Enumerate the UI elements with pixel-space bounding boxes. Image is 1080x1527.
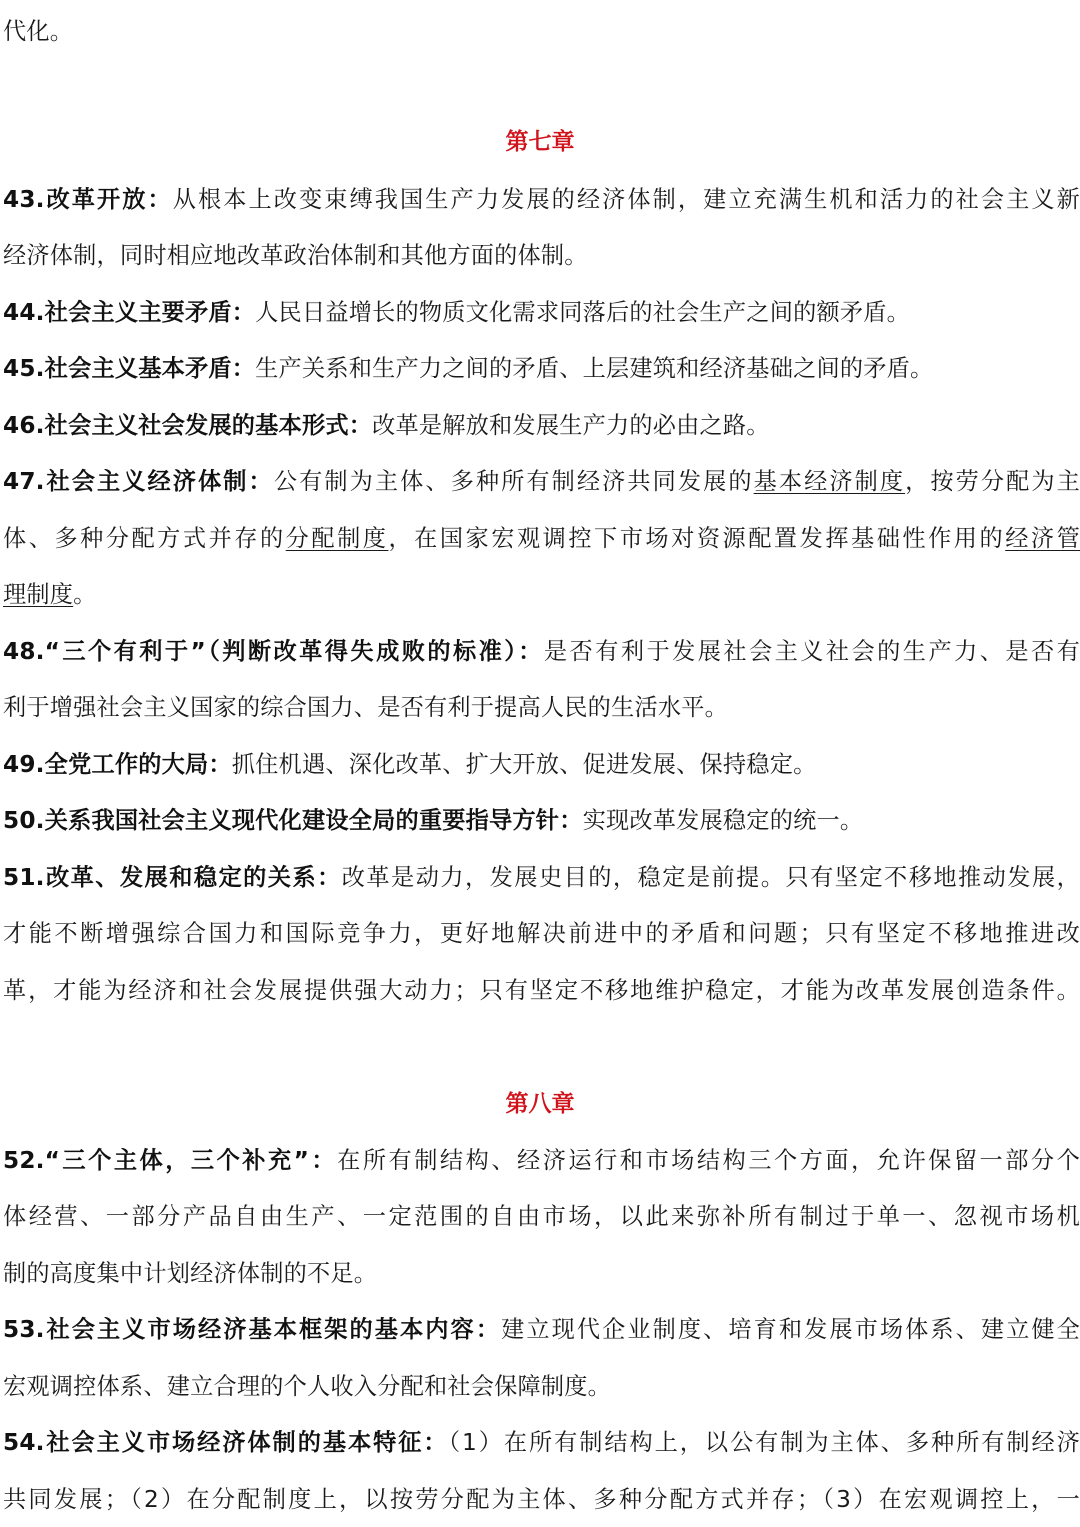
item-text: 革，才能为经济和社会发展提供强大动力；只有坚定不移地维护稳定，才能为改革发展创造… bbox=[3, 977, 1080, 1004]
item-text: 利于增强社会主义国家的综合国力、是否有利于提高人民的生活水平。 bbox=[3, 694, 728, 721]
item-44: 44.社会主义主要矛盾：人民日益增长的物质文化需求同落后的社会生产之间的额矛盾。 bbox=[3, 298, 1080, 328]
item-43: 43.改革开放：从根本上改变束缚我国生产力发展的经济体制，建立充满生机和活力的社… bbox=[3, 185, 1080, 215]
item-text: 公有制为主体、多种所有制经济共同发展的 bbox=[274, 468, 754, 495]
item-text: 经济体制，同时相应地改革政治体制和其他方面的体制。 bbox=[3, 242, 588, 269]
item-text: 生产关系和生产力之间的矛盾、上层建筑和经济基础之间的矛盾。 bbox=[255, 355, 933, 382]
item-term: 51.改革、发展和稳定的关系： bbox=[3, 864, 342, 891]
item-text: 才能不断增强综合国力和国际竞争力，更好地解决前进中的矛盾和问题；只有坚定不移地推… bbox=[3, 920, 1080, 947]
item-48-cont: 利于增强社会主义国家的综合国力、是否有利于提高人民的生活水平。 bbox=[3, 693, 1080, 723]
item-text: ，在国家宏观调控下市场对资源配置发挥基础性作用的 bbox=[388, 525, 1005, 552]
item-54: 54.社会主义市场经济体制的基本特征：（1）在所有制结构上，以公有制为主体、多种… bbox=[3, 1428, 1080, 1458]
item-47-cont: 体、多种分配方式并存的分配制度，在国家宏观调控下市场对资源配置发挥基础性作用的经… bbox=[3, 524, 1080, 554]
item-text: 抓住机遇、深化改革、扩大开放、促进发展、保持稳定。 bbox=[232, 751, 817, 778]
item-text: ，按劳分配为主 bbox=[905, 468, 1080, 495]
item-term: 49.全党工作的大局： bbox=[3, 751, 232, 778]
item-text: 改革是动力，发展史目的，稳定是前提。只有坚定不移地推动发展， bbox=[342, 864, 1080, 891]
item-term: 53.社会主义市场经济基本框架的基本内容： bbox=[3, 1316, 501, 1343]
item-text: 宏观调控体系、建立合理的个人收入分配和社会保障制度。 bbox=[3, 1373, 611, 1400]
item-text: 从根本上改变束缚我国生产力发展的经济体制，建立充满生机和活力的社会主义新 bbox=[173, 186, 1080, 213]
item-text: 体、多种分配方式并存的 bbox=[3, 525, 286, 552]
item-term: 50.关系我国社会主义现代化建设全局的重要指导方针： bbox=[3, 807, 583, 834]
chapter-heading-7: 第七章 bbox=[0, 127, 1080, 157]
item-term: 48.“三个有利于”（判断改革得失成败的标准）： bbox=[3, 638, 544, 665]
item-term: 46.社会主义社会发展的基本形式： bbox=[3, 412, 372, 439]
item-51: 51.改革、发展和稳定的关系：改革是动力，发展史目的，稳定是前提。只有坚定不移地… bbox=[3, 863, 1080, 893]
underlined-term: 分配制度 bbox=[286, 525, 389, 552]
item-49: 49.全党工作的大局：抓住机遇、深化改革、扩大开放、促进发展、保持稳定。 bbox=[3, 750, 1080, 780]
item-term: 45.社会主义基本矛盾： bbox=[3, 355, 255, 382]
underlined-term: 基本经济制度 bbox=[754, 468, 906, 495]
item-45: 45.社会主义基本矛盾：生产关系和生产力之间的矛盾、上层建筑和经济基础之间的矛盾… bbox=[3, 354, 1080, 384]
item-text: 制的高度集中计划经济体制的不足。 bbox=[3, 1260, 377, 1287]
item-50: 50.关系我国社会主义现代化建设全局的重要指导方针：实现改革发展稳定的统一。 bbox=[3, 806, 1080, 836]
item-51-cont: 才能不断增强综合国力和国际竞争力，更好地解决前进中的矛盾和问题；只有坚定不移地推… bbox=[3, 919, 1080, 949]
item-text: 是否有利于发展社会主义社会的生产力、是否有 bbox=[544, 638, 1080, 665]
item-text: （1）在所有制结构上，以公有制为主体、多种所有制经济 bbox=[448, 1429, 1080, 1456]
underlined-term: 理制度 bbox=[3, 581, 73, 608]
item-53-cont: 宏观调控体系、建立合理的个人收入分配和社会保障制度。 bbox=[3, 1372, 1080, 1402]
item-term: 54.社会主义市场经济体制的基本特征： bbox=[3, 1429, 448, 1456]
item-text: 实现改革发展稳定的统一。 bbox=[583, 807, 864, 834]
underlined-term: 经济管 bbox=[1005, 525, 1080, 552]
item-text: 改革是解放和发展生产力的必由之路。 bbox=[372, 412, 770, 439]
item-text: 人民日益增长的物质文化需求同落后的社会生产之间的额矛盾。 bbox=[255, 299, 910, 326]
item-52-cont: 体经营、一部分产品自由生产、一定范围的自由市场，以此来弥补所有制过于单一、忽视市… bbox=[3, 1202, 1080, 1232]
item-text: 共同发展；（2）在分配制度上，以按劳分配为主体、多种分配方式并存；（3）在宏观调… bbox=[3, 1486, 1080, 1513]
item-term: 44.社会主义主要矛盾： bbox=[3, 299, 255, 326]
item-text: 体经营、一部分产品自由生产、一定范围的自由市场，以此来弥补所有制过于单一、忽视市… bbox=[3, 1203, 1080, 1230]
item-term: 43.改革开放： bbox=[3, 186, 173, 213]
item-51-cont2: 革，才能为经济和社会发展提供强大动力；只有坚定不移地维护稳定，才能为改革发展创造… bbox=[3, 976, 1080, 1006]
item-47: 47.社会主义经济体制：公有制为主体、多种所有制经济共同发展的基本经济制度，按劳… bbox=[3, 467, 1080, 497]
item-52: 52.“三个主体，三个补充”：在所有制结构、经济运行和市场结构三个方面，允许保留… bbox=[3, 1146, 1080, 1176]
item-text: 在所有制结构、经济运行和市场结构三个方面，允许保留一部分个 bbox=[337, 1147, 1080, 1174]
item-54-cont: 共同发展；（2）在分配制度上，以按劳分配为主体、多种分配方式并存；（3）在宏观调… bbox=[3, 1485, 1080, 1515]
item-52-cont2: 制的高度集中计划经济体制的不足。 bbox=[3, 1259, 1080, 1289]
continuation-text: 代化。 bbox=[3, 18, 73, 45]
item-text: 。 bbox=[73, 581, 96, 608]
item-53: 53.社会主义市场经济基本框架的基本内容：建立现代企业制度、培育和发展市场体系、… bbox=[3, 1315, 1080, 1345]
chapter-heading-8: 第八章 bbox=[0, 1089, 1080, 1119]
item-text: 建立现代企业制度、培育和发展市场体系、建立健全 bbox=[501, 1316, 1080, 1343]
item-46: 46.社会主义社会发展的基本形式：改革是解放和发展生产力的必由之路。 bbox=[3, 411, 1080, 441]
paragraph-continuation: 代化。 bbox=[3, 17, 1080, 47]
item-term: 52.“三个主体，三个补充”： bbox=[3, 1147, 337, 1174]
item-48: 48.“三个有利于”（判断改革得失成败的标准）：是否有利于发展社会主义社会的生产… bbox=[3, 637, 1080, 667]
item-term: 47.社会主义经济体制： bbox=[3, 468, 274, 495]
item-43-cont: 经济体制，同时相应地改革政治体制和其他方面的体制。 bbox=[3, 241, 1080, 271]
item-47-cont2: 理制度。 bbox=[3, 580, 1080, 610]
